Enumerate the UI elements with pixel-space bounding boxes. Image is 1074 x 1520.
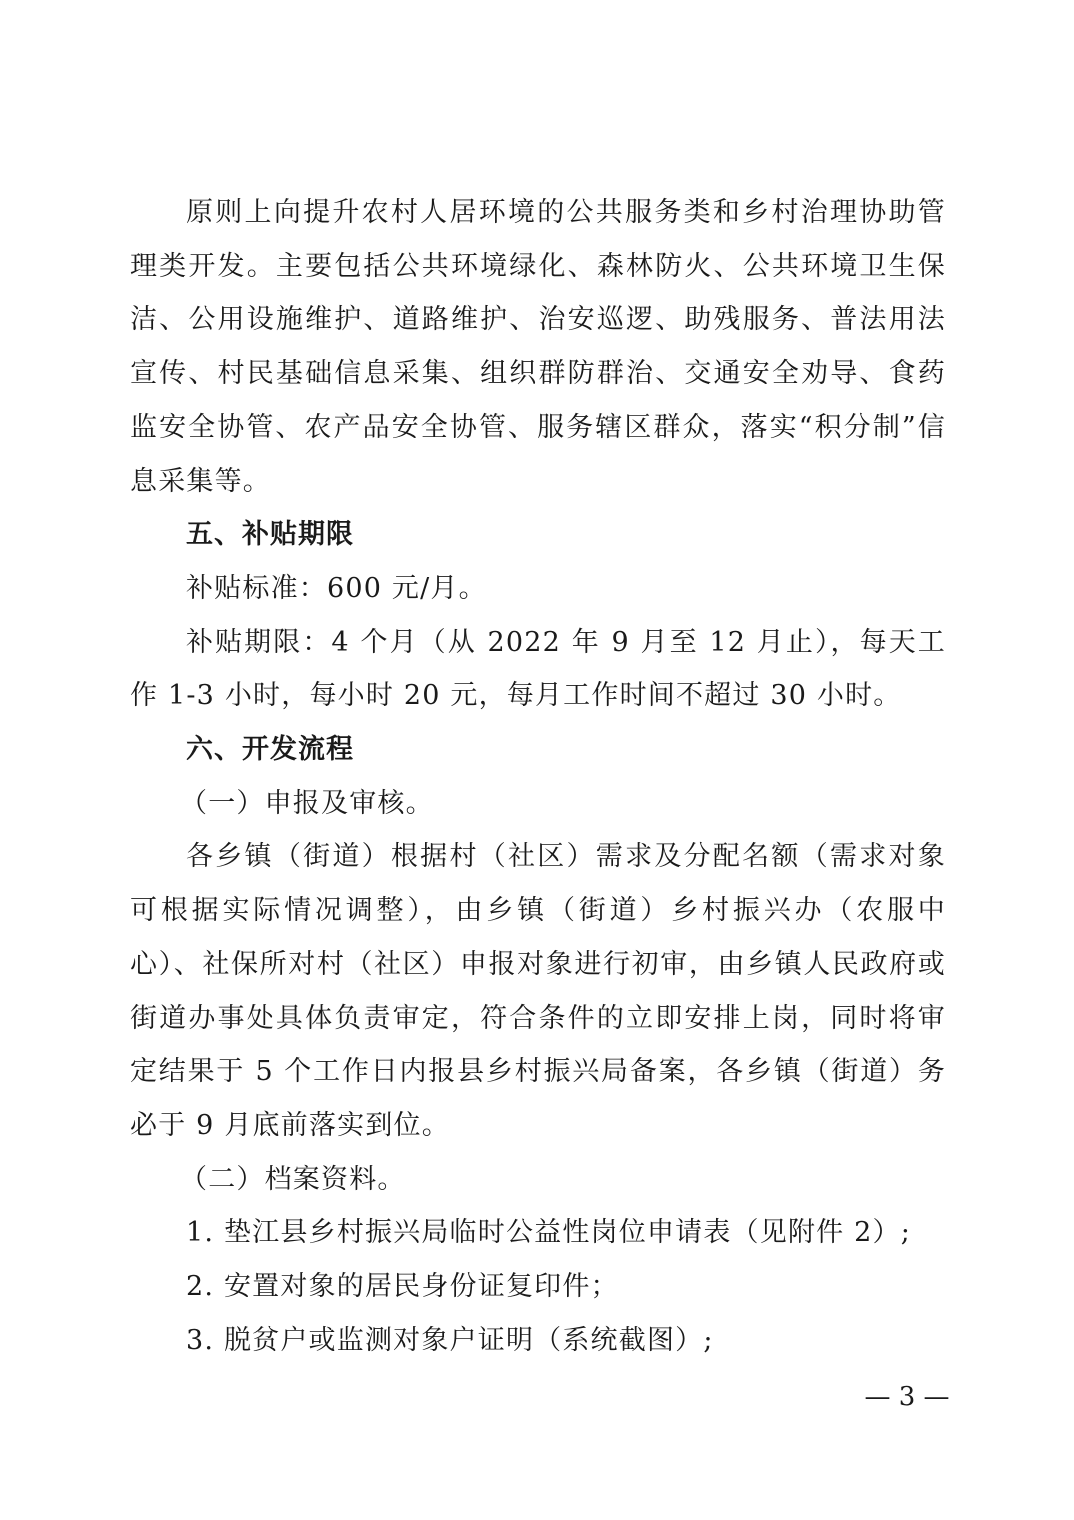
continuation-paragraph: 原则上向提升农村人居环境的公共服务类和乡村治理协助管理类开发。主要包括公共环境绿… — [130, 186, 946, 508]
section-5-heading: 五、补贴期限 — [130, 508, 946, 562]
list-item: 1. 垫江县乡村振兴局临时公益性岗位申请表（见附件 2）; — [130, 1206, 946, 1260]
document-page: 原则上向提升农村人居环境的公共服务类和乡村治理协助管理类开发。主要包括公共环境绿… — [0, 0, 1074, 1520]
document-body: 原则上向提升农村人居环境的公共服务类和乡村治理协助管理类开发。主要包括公共环境绿… — [130, 186, 946, 1367]
subsection-1-body: 各乡镇（街道）根据村（社区）需求及分配名额（需求对象可根据实际情况调整），由乡镇… — [130, 830, 946, 1152]
subsidy-standard: 补贴标准：600 元/月。 — [130, 562, 946, 616]
section-6-heading: 六、开发流程 — [130, 723, 946, 777]
page-number: — 3 — — [862, 1382, 952, 1412]
subsidy-period: 补贴期限：4 个月（从 2022 年 9 月至 12 月止），每天工作 1-3 … — [130, 616, 946, 723]
subsection-2-heading: （二）档案资料。 — [130, 1153, 946, 1207]
subsection-1-heading: （一）申报及审核。 — [130, 777, 946, 831]
list-item: 3. 脱贫户或监测对象户证明（系统截图）; — [130, 1314, 946, 1368]
list-item: 2. 安置对象的居民身份证复印件； — [130, 1260, 946, 1314]
